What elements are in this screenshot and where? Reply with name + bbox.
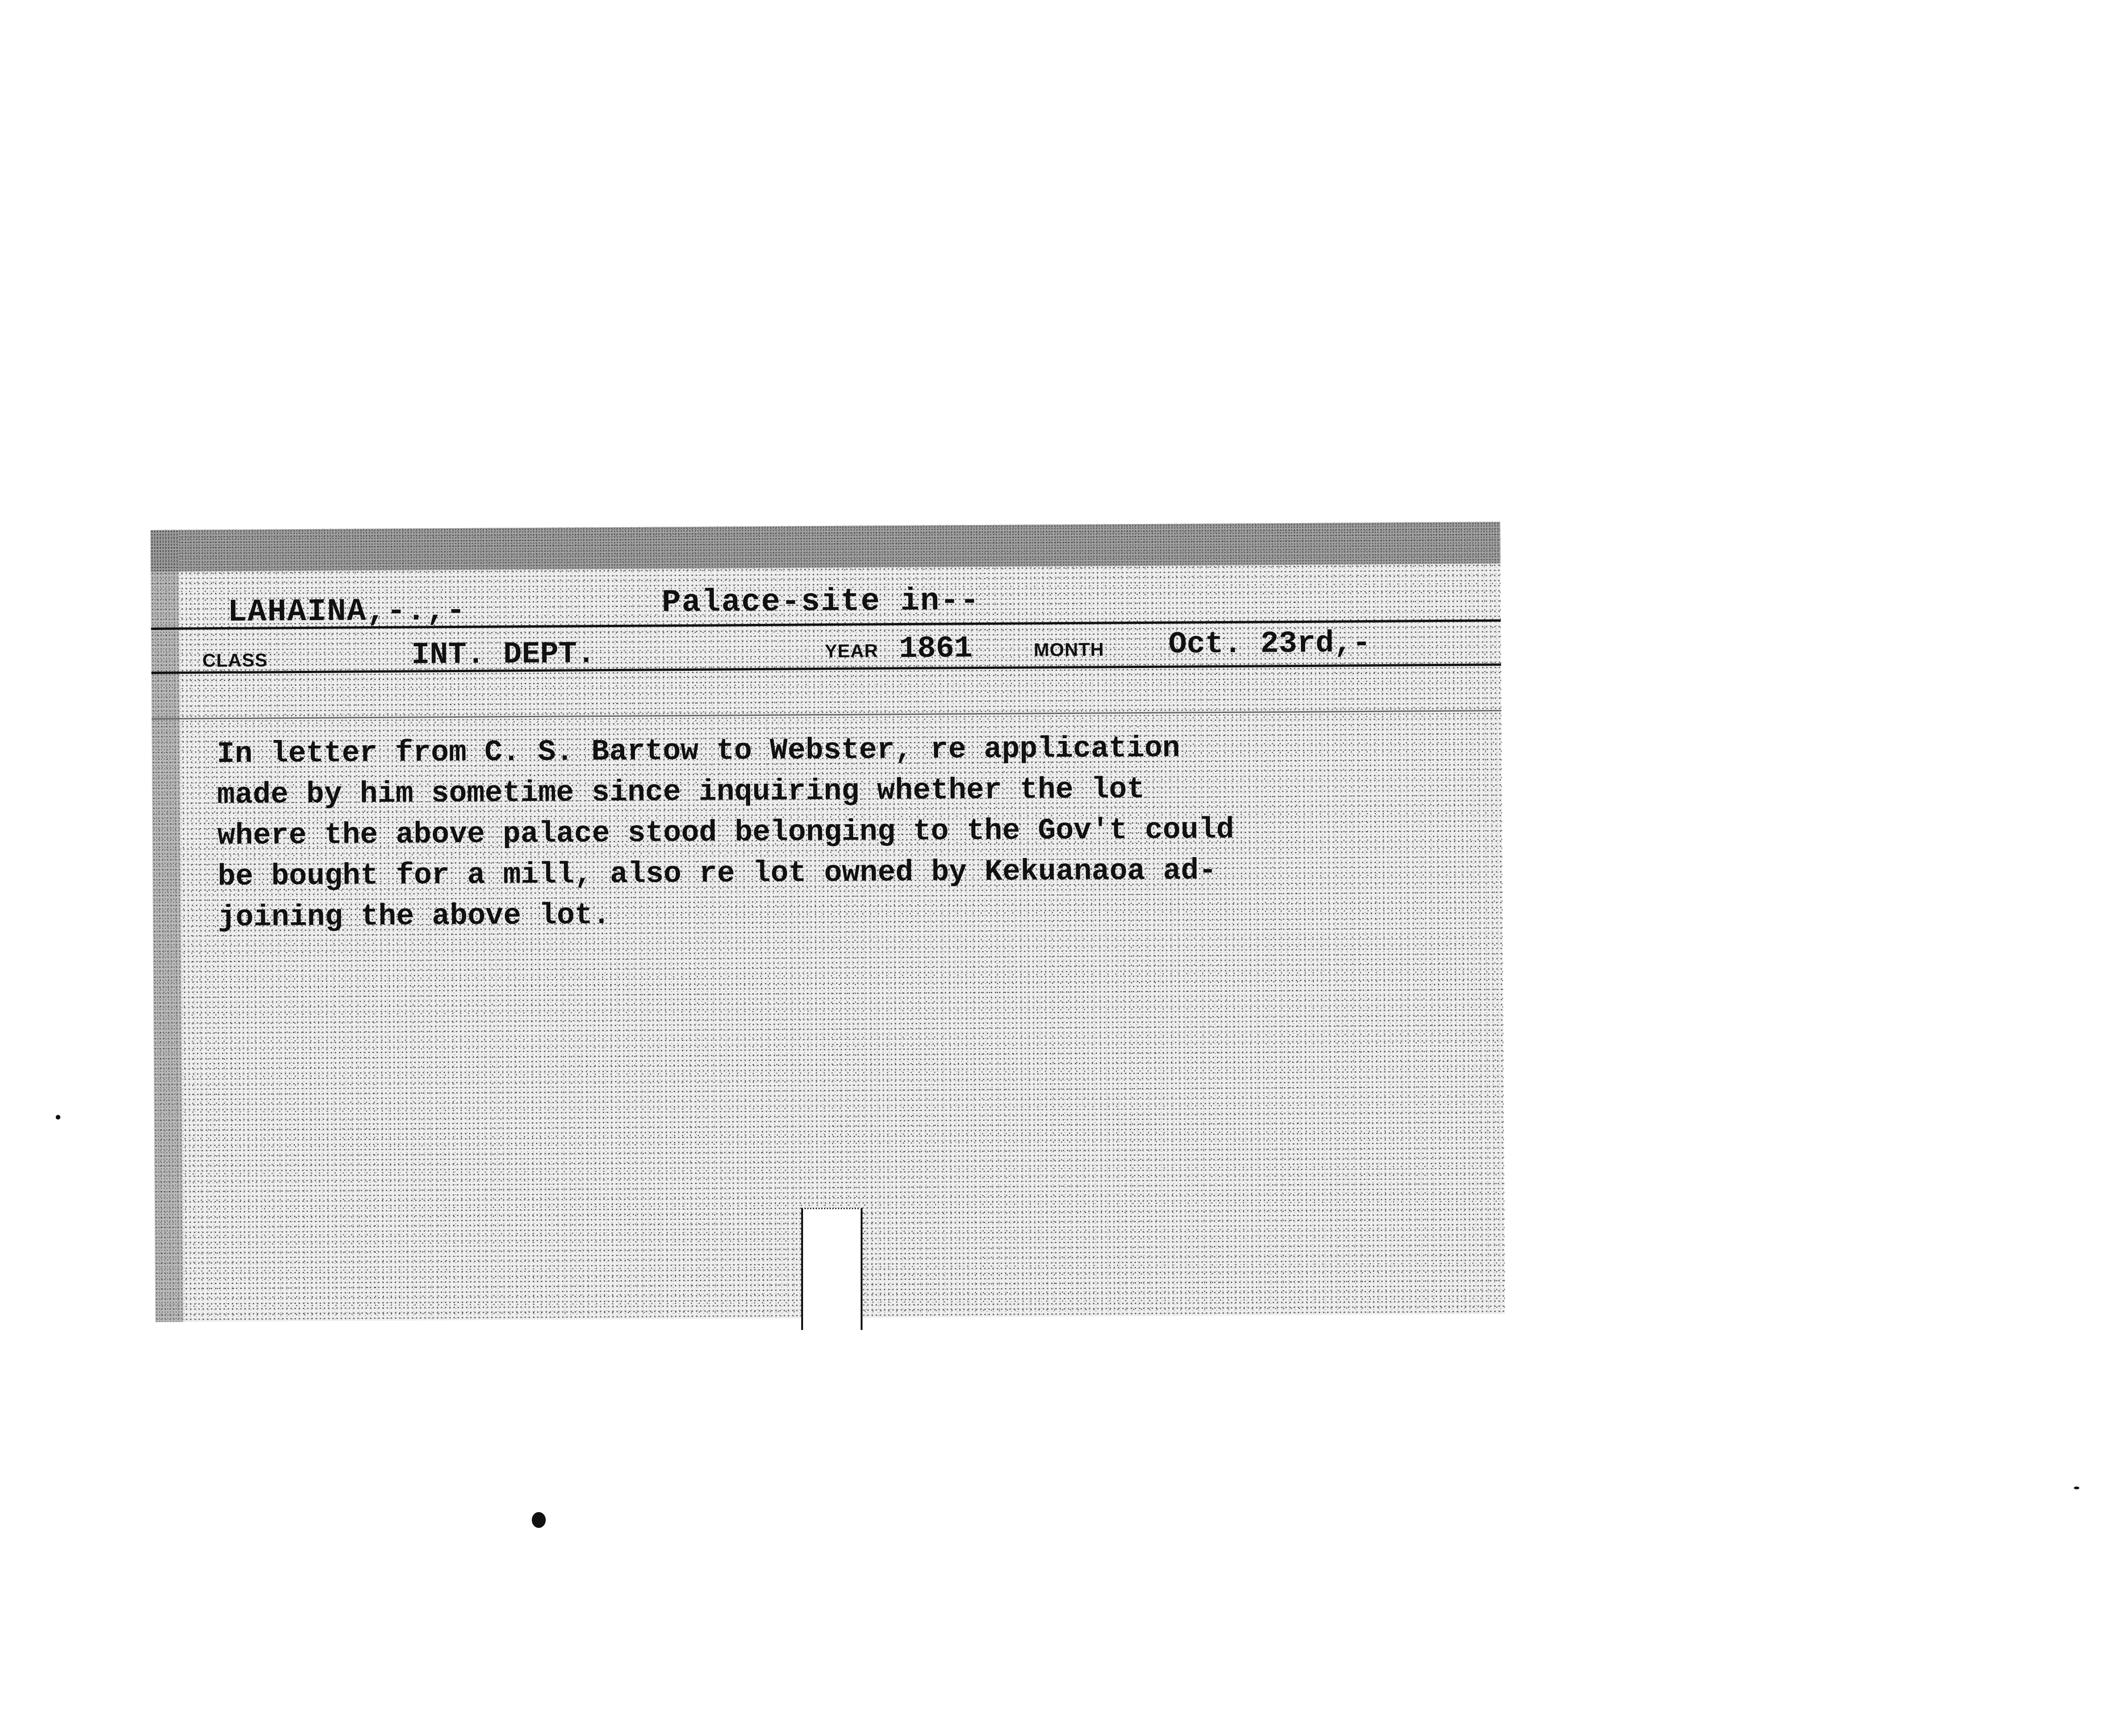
year-value: 1861 (899, 631, 973, 666)
scan-speck (532, 1512, 546, 1528)
body-line: made by him sometime since inquiring whe… (217, 769, 1234, 816)
rule-line-2 (151, 663, 1501, 674)
card-subject: LAHAINA,-.,- (228, 593, 466, 630)
card-topic: Palace-site in-- (662, 583, 980, 621)
body-line: where the above palace stood belonging t… (217, 810, 1235, 857)
index-card: LAHAINA,-.,- Palace-site in-- CLASS INT.… (150, 522, 1505, 1322)
month-value: Oct. 23rd,- (1168, 626, 1371, 662)
year-label: YEAR (824, 641, 878, 662)
card-left-edge (150, 530, 183, 1322)
card-notch (801, 1208, 863, 1330)
body-line: In letter from C. S. Bartow to Webster, … (217, 728, 1234, 775)
month-label: MONTH (1033, 639, 1104, 661)
card-body: In letter from C. S. Bartow to Webster, … (217, 728, 1235, 938)
class-label: CLASS (203, 650, 268, 671)
body-line: be bought for a mill, also re lot owned … (217, 851, 1235, 897)
class-value: INT. DEPT. (411, 636, 595, 672)
card-top-edge (150, 522, 1500, 572)
rule-line-3 (151, 710, 1501, 720)
body-line: joining the above lot. (218, 891, 1235, 938)
scan-speck (56, 1115, 60, 1120)
scan-speck (2074, 1487, 2079, 1489)
